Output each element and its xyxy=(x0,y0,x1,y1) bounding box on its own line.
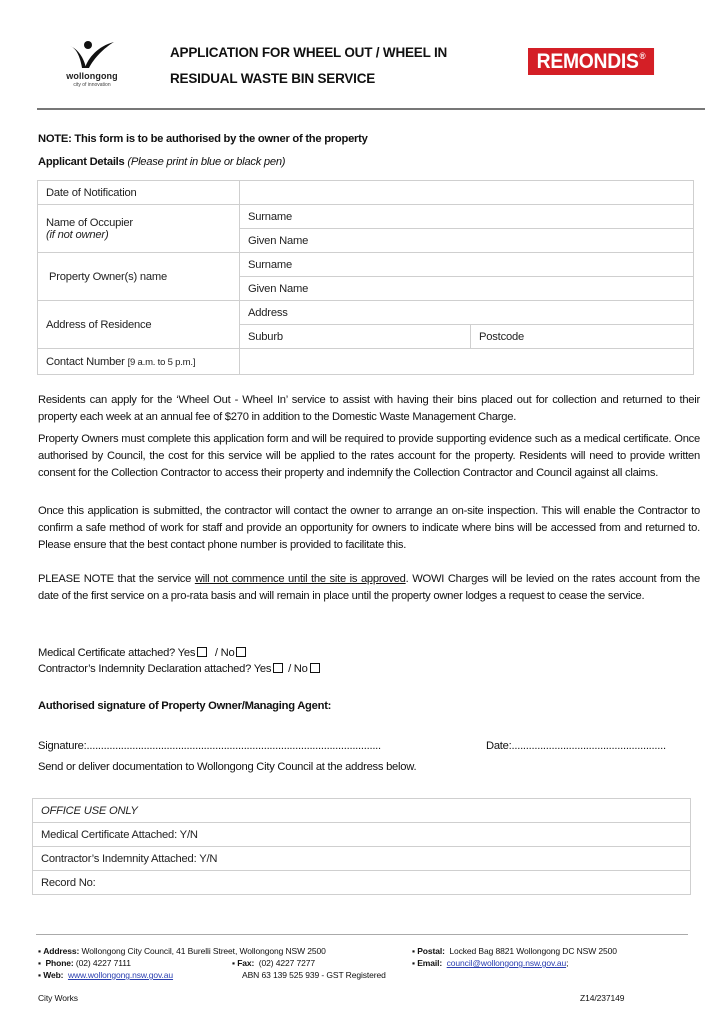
charges-notice-start: PLEASE NOTE that the service xyxy=(38,573,195,585)
contact-number-field[interactable] xyxy=(240,349,694,375)
address-value: Wollongong City Council, 41 Burelli Stre… xyxy=(82,946,326,956)
phone-label: Phone: xyxy=(45,958,73,968)
table-row: OFFICE USE ONLY xyxy=(33,799,691,823)
table-row: Property Owner(s) name Surname xyxy=(38,253,694,277)
applicant-heading: Applicant Details (Please print in blue … xyxy=(38,156,285,168)
logo-tagline: city of innovation xyxy=(52,82,132,88)
occupier-given-name-field[interactable]: Given Name xyxy=(240,229,694,253)
indemnity-no-checkbox[interactable] xyxy=(310,663,320,673)
applicant-heading-instruction: (Please print in blue or black pen) xyxy=(127,156,285,168)
table-row: Contractor’s Indemnity Attached: Y/N xyxy=(33,847,691,871)
table-row: Address of Residence Address xyxy=(38,301,694,325)
remondis-text: REMONDIS xyxy=(537,50,639,73)
fax-value: (02) 4227 7277 xyxy=(259,958,315,968)
charges-notice-underlined: will not commence until the site is appr… xyxy=(195,573,406,585)
address-label: Address: xyxy=(43,946,79,956)
registered-mark-icon: ® xyxy=(640,51,646,61)
table-row: Name of Occupier (if not owner) Surname xyxy=(38,205,694,229)
office-medical-certificate: Medical Certificate Attached: Y/N xyxy=(33,823,691,847)
owner-given-name-field[interactable]: Given Name xyxy=(240,277,694,301)
table-row: Contact Number [9 a.m. to 5 p.m.] xyxy=(38,349,694,375)
occupier-sublabel: (if not owner) xyxy=(46,229,239,241)
wollongong-logo: wollongong city of innovation xyxy=(52,40,132,98)
footer-reference: Z14/237149 xyxy=(580,993,624,1003)
signature-line[interactable]: Signature:..............................… xyxy=(38,740,381,752)
footer-address: ▪ Address: Wollongong City Council, 41 B… xyxy=(38,946,326,956)
wollongong-leaf-logo-icon xyxy=(68,40,116,70)
owner-surname-field[interactable]: Surname xyxy=(240,253,694,277)
fax-label: Fax: xyxy=(237,958,254,968)
phone-value: (02) 4227 7111 xyxy=(76,958,131,968)
office-record-no: Record No: xyxy=(33,871,691,895)
date-of-notification-label: Date of Notification xyxy=(38,181,240,205)
postal-value: Locked Bag 8821 Wollongong DC NSW 2500 xyxy=(449,946,617,956)
footer-fax: ▪ Fax: (02) 4227 7277 xyxy=(232,958,315,968)
applicant-details-table: Date of Notification Name of Occupier (i… xyxy=(37,180,694,375)
postal-label: Postal: xyxy=(417,946,445,956)
indemnity-no-label: / No xyxy=(285,663,307,675)
owner-note: NOTE: This form is to be authorised by t… xyxy=(38,133,368,145)
form-title-line1: APPLICATION FOR WHEEL OUT / WHEEL IN xyxy=(170,45,447,60)
footer-divider xyxy=(36,934,688,935)
occupier-label: Name of Occupier (if not owner) xyxy=(38,205,240,253)
indemnity-label: Contractor’s Indemnity Declaration attac… xyxy=(38,663,271,675)
postcode-field[interactable]: Postcode xyxy=(471,325,694,349)
medical-certificate-label: Medical Certificate attached? Yes xyxy=(38,647,195,659)
contact-hours: [9 a.m. to 5 p.m.] xyxy=(128,357,196,368)
send-instruction: Send or deliver documentation to Wollong… xyxy=(38,761,416,773)
office-indemnity: Contractor’s Indemnity Attached: Y/N xyxy=(33,847,691,871)
form-title-line2: RESIDUAL WASTE BIN SERVICE xyxy=(170,71,375,86)
inspection-paragraph: Once this application is submitted, the … xyxy=(38,503,700,554)
contact-number-label: Contact Number [9 a.m. to 5 p.m.] xyxy=(38,349,240,375)
remondis-logo: REMONDIS® xyxy=(528,48,654,75)
indemnity-yes-checkbox[interactable] xyxy=(273,663,283,673)
table-row: Date of Notification xyxy=(38,181,694,205)
office-use-title: OFFICE USE ONLY xyxy=(33,799,691,823)
footer-abn: ABN 63 139 525 939 - GST Registered xyxy=(242,970,386,980)
authorised-signature-heading: Authorised signature of Property Owner/M… xyxy=(38,700,331,712)
table-row: Record No: xyxy=(33,871,691,895)
table-row: Medical Certificate Attached: Y/N xyxy=(33,823,691,847)
web-link[interactable]: www.wollongong.nsw.gov.au xyxy=(68,970,173,980)
footer-email: ▪ Email: council@wollongong.nsw.gov.au; xyxy=(412,958,568,968)
header-divider xyxy=(37,108,705,110)
medical-no-checkbox[interactable] xyxy=(236,647,246,657)
email-label: Email: xyxy=(417,958,442,968)
web-label: Web: xyxy=(43,970,63,980)
charges-notice-paragraph: PLEASE NOTE that the service will not co… xyxy=(38,571,700,605)
medical-no-label: / No xyxy=(212,647,234,659)
applicant-heading-title: Applicant Details xyxy=(38,156,125,168)
footer-phone: ▪ Phone: (02) 4227 7111 xyxy=(38,958,131,968)
footer-department: City Works xyxy=(38,993,78,1003)
office-use-table: OFFICE USE ONLY Medical Certificate Atta… xyxy=(32,798,691,895)
date-line[interactable]: Date:...................................… xyxy=(486,740,666,752)
date-of-notification-field[interactable] xyxy=(240,181,694,205)
indemnity-question: Contractor’s Indemnity Declaration attac… xyxy=(38,663,322,675)
occupier-surname-field[interactable]: Surname xyxy=(240,205,694,229)
service-description-paragraph: Residents can apply for the ‘Wheel Out -… xyxy=(38,392,700,426)
contact-number-label-text: Contact Number xyxy=(46,356,125,368)
footer-postal: ▪ Postal: Locked Bag 8821 Wollongong DC … xyxy=(412,946,617,956)
owner-label: Property Owner(s) name xyxy=(38,253,240,301)
address-field[interactable]: Address xyxy=(240,301,694,325)
logo-wordmark: wollongong xyxy=(52,71,132,81)
medical-yes-checkbox[interactable] xyxy=(197,647,207,657)
owner-requirements-paragraph: Property Owners must complete this appli… xyxy=(38,431,700,482)
suburb-field[interactable]: Suburb xyxy=(240,325,471,349)
address-label: Address of Residence xyxy=(38,301,240,349)
occupier-label-text: Name of Occupier xyxy=(46,217,239,229)
email-link[interactable]: council@wollongong.nsw.gov.au xyxy=(447,958,566,968)
medical-certificate-question: Medical Certificate attached? Yes / No xyxy=(38,647,248,659)
footer-web: ▪ Web: www.wollongong.nsw.gov.au xyxy=(38,970,173,980)
